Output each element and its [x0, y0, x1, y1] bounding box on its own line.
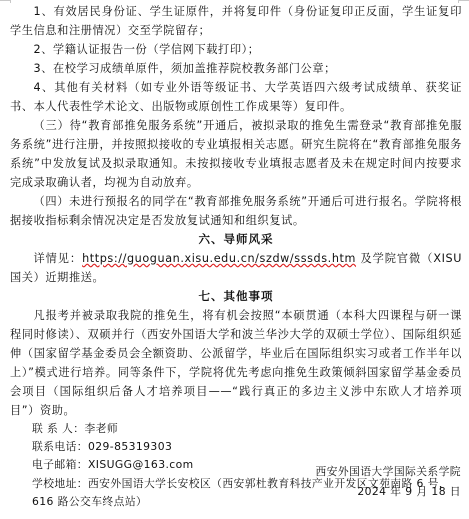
other-paragraph: 凡报考并被录取我院的推免生，将有机会按照“本硕贯通（本科大四课程与研一课程同时修…: [10, 306, 462, 420]
mentors-paragraph: 详情见：https://guoguan.xisu.edu.cn/szdw/sss…: [10, 249, 462, 287]
material-item-4: 4、其他有关材料（如专业外语等级证书、大学英语四六级考试成绩单、获奖证书、本人代…: [10, 78, 462, 116]
contact-person: 联 系 人：李老师: [10, 420, 462, 438]
contact-phone: 联系电话：029-85319303: [10, 438, 462, 456]
other-heading: 七、其他事项: [10, 287, 462, 306]
signature-org: 西安外国语大学国际关系学院: [315, 462, 461, 481]
section-4-paragraph: （四）未进行预报名的同学在“教育部推免服务系统”开通后可进行报名。学院将根据接收…: [10, 192, 462, 230]
document-page: 1、有效居民身份证、学生证原件，并将复印件（身份证复印正反面，学生证复印学生信息…: [10, 2, 462, 511]
mentors-link[interactable]: https://guoguan.xisu.edu.cn/szdw/sssds.h…: [82, 252, 356, 265]
page-corner-mark: [459, 0, 469, 1]
material-item-2: 2、学籍认证报告一份（学信网下载打印）；: [10, 40, 462, 59]
material-item-3: 3、在校学习成绩单原件，须加盖推荐院校教务部门公章；: [10, 59, 462, 78]
mentors-heading: 六、导师风采: [10, 230, 462, 249]
mentors-prefix: 详情见：: [34, 252, 83, 265]
signature-date: 2024 年 9 月 18 日: [357, 482, 461, 501]
page-corner-mark: [0, 0, 10, 1]
section-3-paragraph: （三）待“教育部推免服务系统”开通后，被拟录取的推免生需登录“教育部推免服务系统…: [10, 116, 462, 192]
material-item-1: 1、有效居民身份证、学生证原件，并将复印件（身份证复印正反面，学生证复印学生信息…: [10, 2, 462, 40]
